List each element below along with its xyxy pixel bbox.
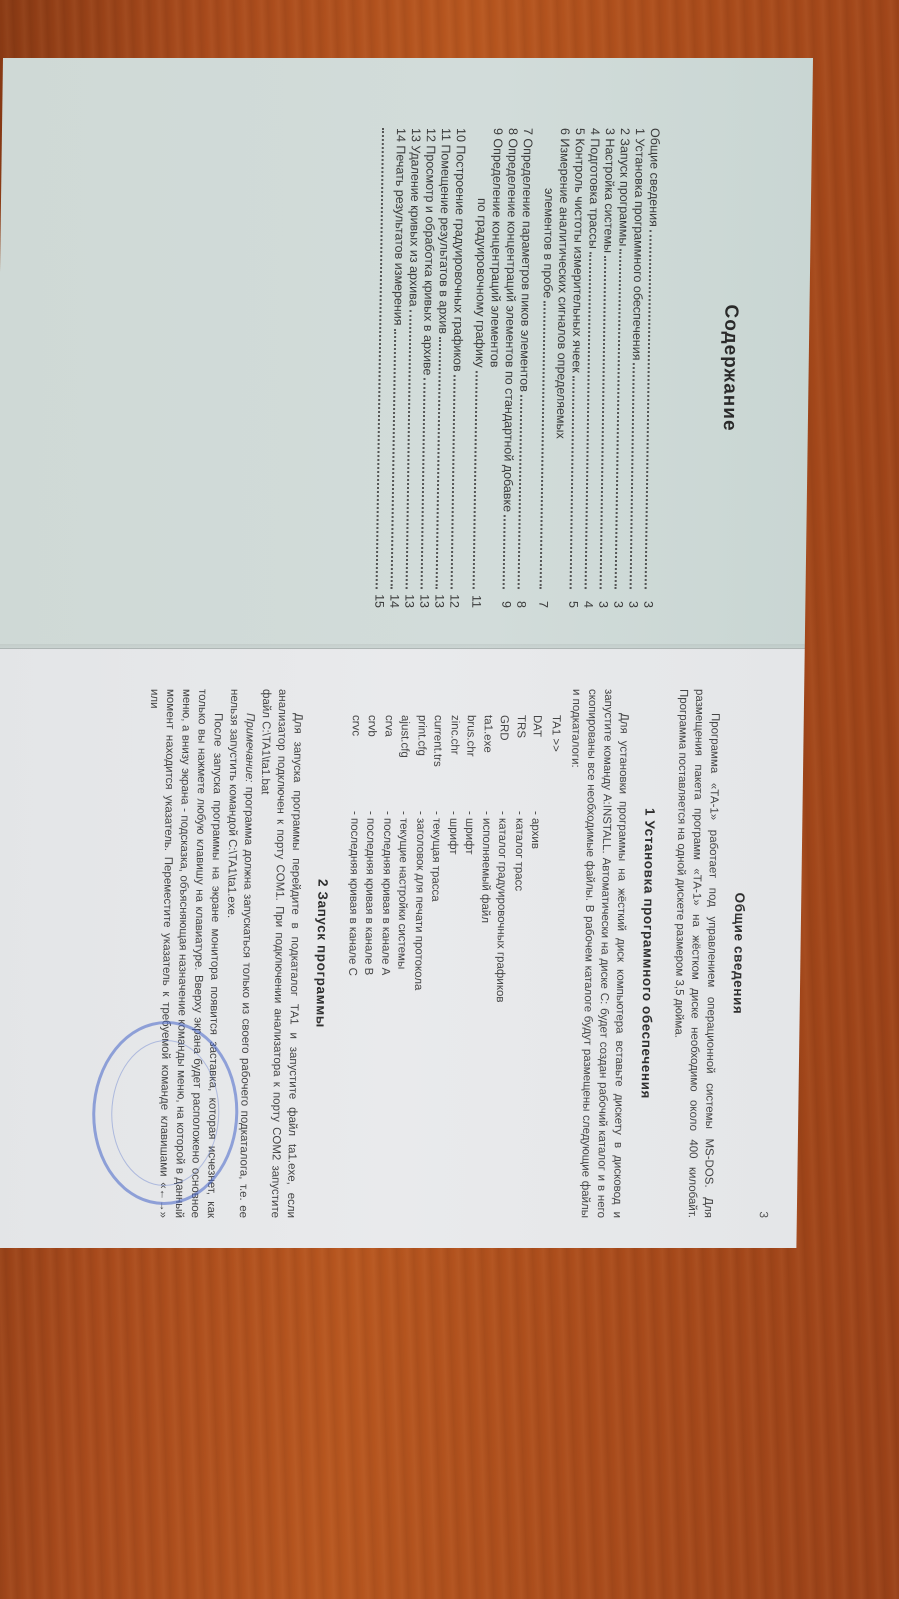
toc-entry-page: 9 xyxy=(498,592,513,608)
file-name: ta1.exe xyxy=(478,715,496,811)
file-list: TA1 >> DAT- архивTRS- каталог трассGRD- … xyxy=(340,715,564,1218)
toc-entry-page: 15 xyxy=(371,592,386,608)
toc-entry-page: 13 xyxy=(416,592,431,608)
toc-entry-page: 11 xyxy=(468,592,483,608)
toc-leader-dots xyxy=(451,375,456,589)
toc-leader-dots xyxy=(436,337,442,589)
toc-entry-label: 13 Удаление кривых из архива xyxy=(406,128,423,307)
booklet: Содержание Общие сведения31 Установка пр… xyxy=(0,58,813,1288)
toc-entry-page: 13 xyxy=(431,592,446,608)
file-name: DAT xyxy=(527,715,545,811)
file-description: - каталог градуировочных графиков xyxy=(492,811,511,1003)
toc-entry-page: 3 xyxy=(595,592,610,608)
toc-entry-page: 3 xyxy=(610,592,625,608)
toc-entry-label: элементов в пробе xyxy=(540,188,557,298)
file-name: brus.chr xyxy=(461,715,479,811)
heading-general: Общие сведения xyxy=(728,689,750,1218)
toc-entry-label: по градуировочному графику xyxy=(472,198,489,368)
file-description: - последняя кривая в канале А xyxy=(377,811,396,975)
toc-entry-page: 5 xyxy=(565,592,580,608)
toc-leader-dots xyxy=(473,371,478,589)
file-description: - текущие настройки системы xyxy=(393,811,412,969)
toc-leader-dots xyxy=(570,376,575,589)
file-name: print.cfg xyxy=(412,715,430,811)
toc-entry-label: 11 Помещение результатов в архив xyxy=(435,128,453,334)
toc-entry-label: Общие сведения xyxy=(646,128,662,227)
toc-entry-page: 3 xyxy=(640,592,655,608)
toc-entry-page: 14 xyxy=(386,592,401,608)
file-name: crvb xyxy=(362,715,380,811)
file-description: - последняя кривая в канале С xyxy=(344,811,363,976)
file-name: TRS xyxy=(511,715,529,811)
file-name: crvc xyxy=(346,715,364,811)
toc-leader-dots xyxy=(406,310,412,589)
toc-leader-dots xyxy=(645,230,652,589)
note-label: Примечание: xyxy=(243,713,256,782)
file-name: zinc.chr xyxy=(445,715,463,811)
toc-entry-label: 2 Запуск программы xyxy=(615,128,632,246)
toc-leader-dots xyxy=(615,249,622,589)
file-name: GRD xyxy=(494,715,512,811)
toc-leader-dots xyxy=(518,395,523,589)
file-description: - заголовок для печати протокола xyxy=(409,811,428,990)
page-number: 3 xyxy=(757,689,778,1218)
toc-list: Общие сведения31 Установка программного … xyxy=(371,128,662,608)
toc-leader-dots xyxy=(391,329,397,589)
file-description: - исполняемый файл xyxy=(476,811,494,923)
toc-leader-dots xyxy=(585,252,592,589)
toc-entry-page: 4 xyxy=(580,592,595,608)
toc-leader-dots xyxy=(503,515,506,589)
toc-entry-page: 3 xyxy=(625,592,640,608)
toc-title: Содержание xyxy=(715,128,744,608)
launch-text-1: Для запуска программы перейдите в подкат… xyxy=(251,689,306,1218)
install-text: Для установки программы на жёсткий диск … xyxy=(561,689,632,1218)
file-description: - архив xyxy=(527,811,544,849)
toc-entry-label: 3 Настройка системы xyxy=(600,128,617,253)
file-name: crva xyxy=(379,715,397,811)
file-description: - каталог трасс xyxy=(510,811,528,891)
file-description: - шрифт xyxy=(461,811,478,855)
toc-entry-page: 12 xyxy=(446,592,461,608)
toc-entry-label: 14 Печать результатов измерения xyxy=(390,128,408,326)
toc-entry-label: 4 Подготовка трассы xyxy=(585,128,602,249)
toc-leader-dots xyxy=(376,128,384,589)
toc-leader-dots xyxy=(600,256,607,589)
file-name: current.trs xyxy=(428,715,446,811)
heading-launch: 2 Запуск программы xyxy=(311,689,333,1218)
toc-entry-page: 7 xyxy=(535,592,550,608)
toc-leader-dots xyxy=(421,378,426,589)
toc-leader-dots xyxy=(630,363,635,589)
toc-page: Содержание Общие сведения31 Установка пр… xyxy=(0,58,813,648)
toc-entry-page: 13 xyxy=(401,592,416,608)
file-description: - последняя кривая в канале В xyxy=(360,811,379,975)
toc-entry-page: 8 xyxy=(513,592,528,608)
general-text: Программа «ТА-1» работает под управление… xyxy=(668,689,723,1218)
toc-leader-dots xyxy=(540,301,546,589)
launch-text-3: После запуска программы на экране монито… xyxy=(139,689,226,1218)
file-description: - текущая трасса xyxy=(427,811,445,902)
file-name: ajust.cfg xyxy=(395,715,413,811)
file-description: - шрифт xyxy=(444,811,461,855)
content-page: 3 Общие сведения Программа «ТА-1» работа… xyxy=(0,648,805,1248)
heading-install: 1 Установка программного обеспечения xyxy=(637,689,659,1218)
